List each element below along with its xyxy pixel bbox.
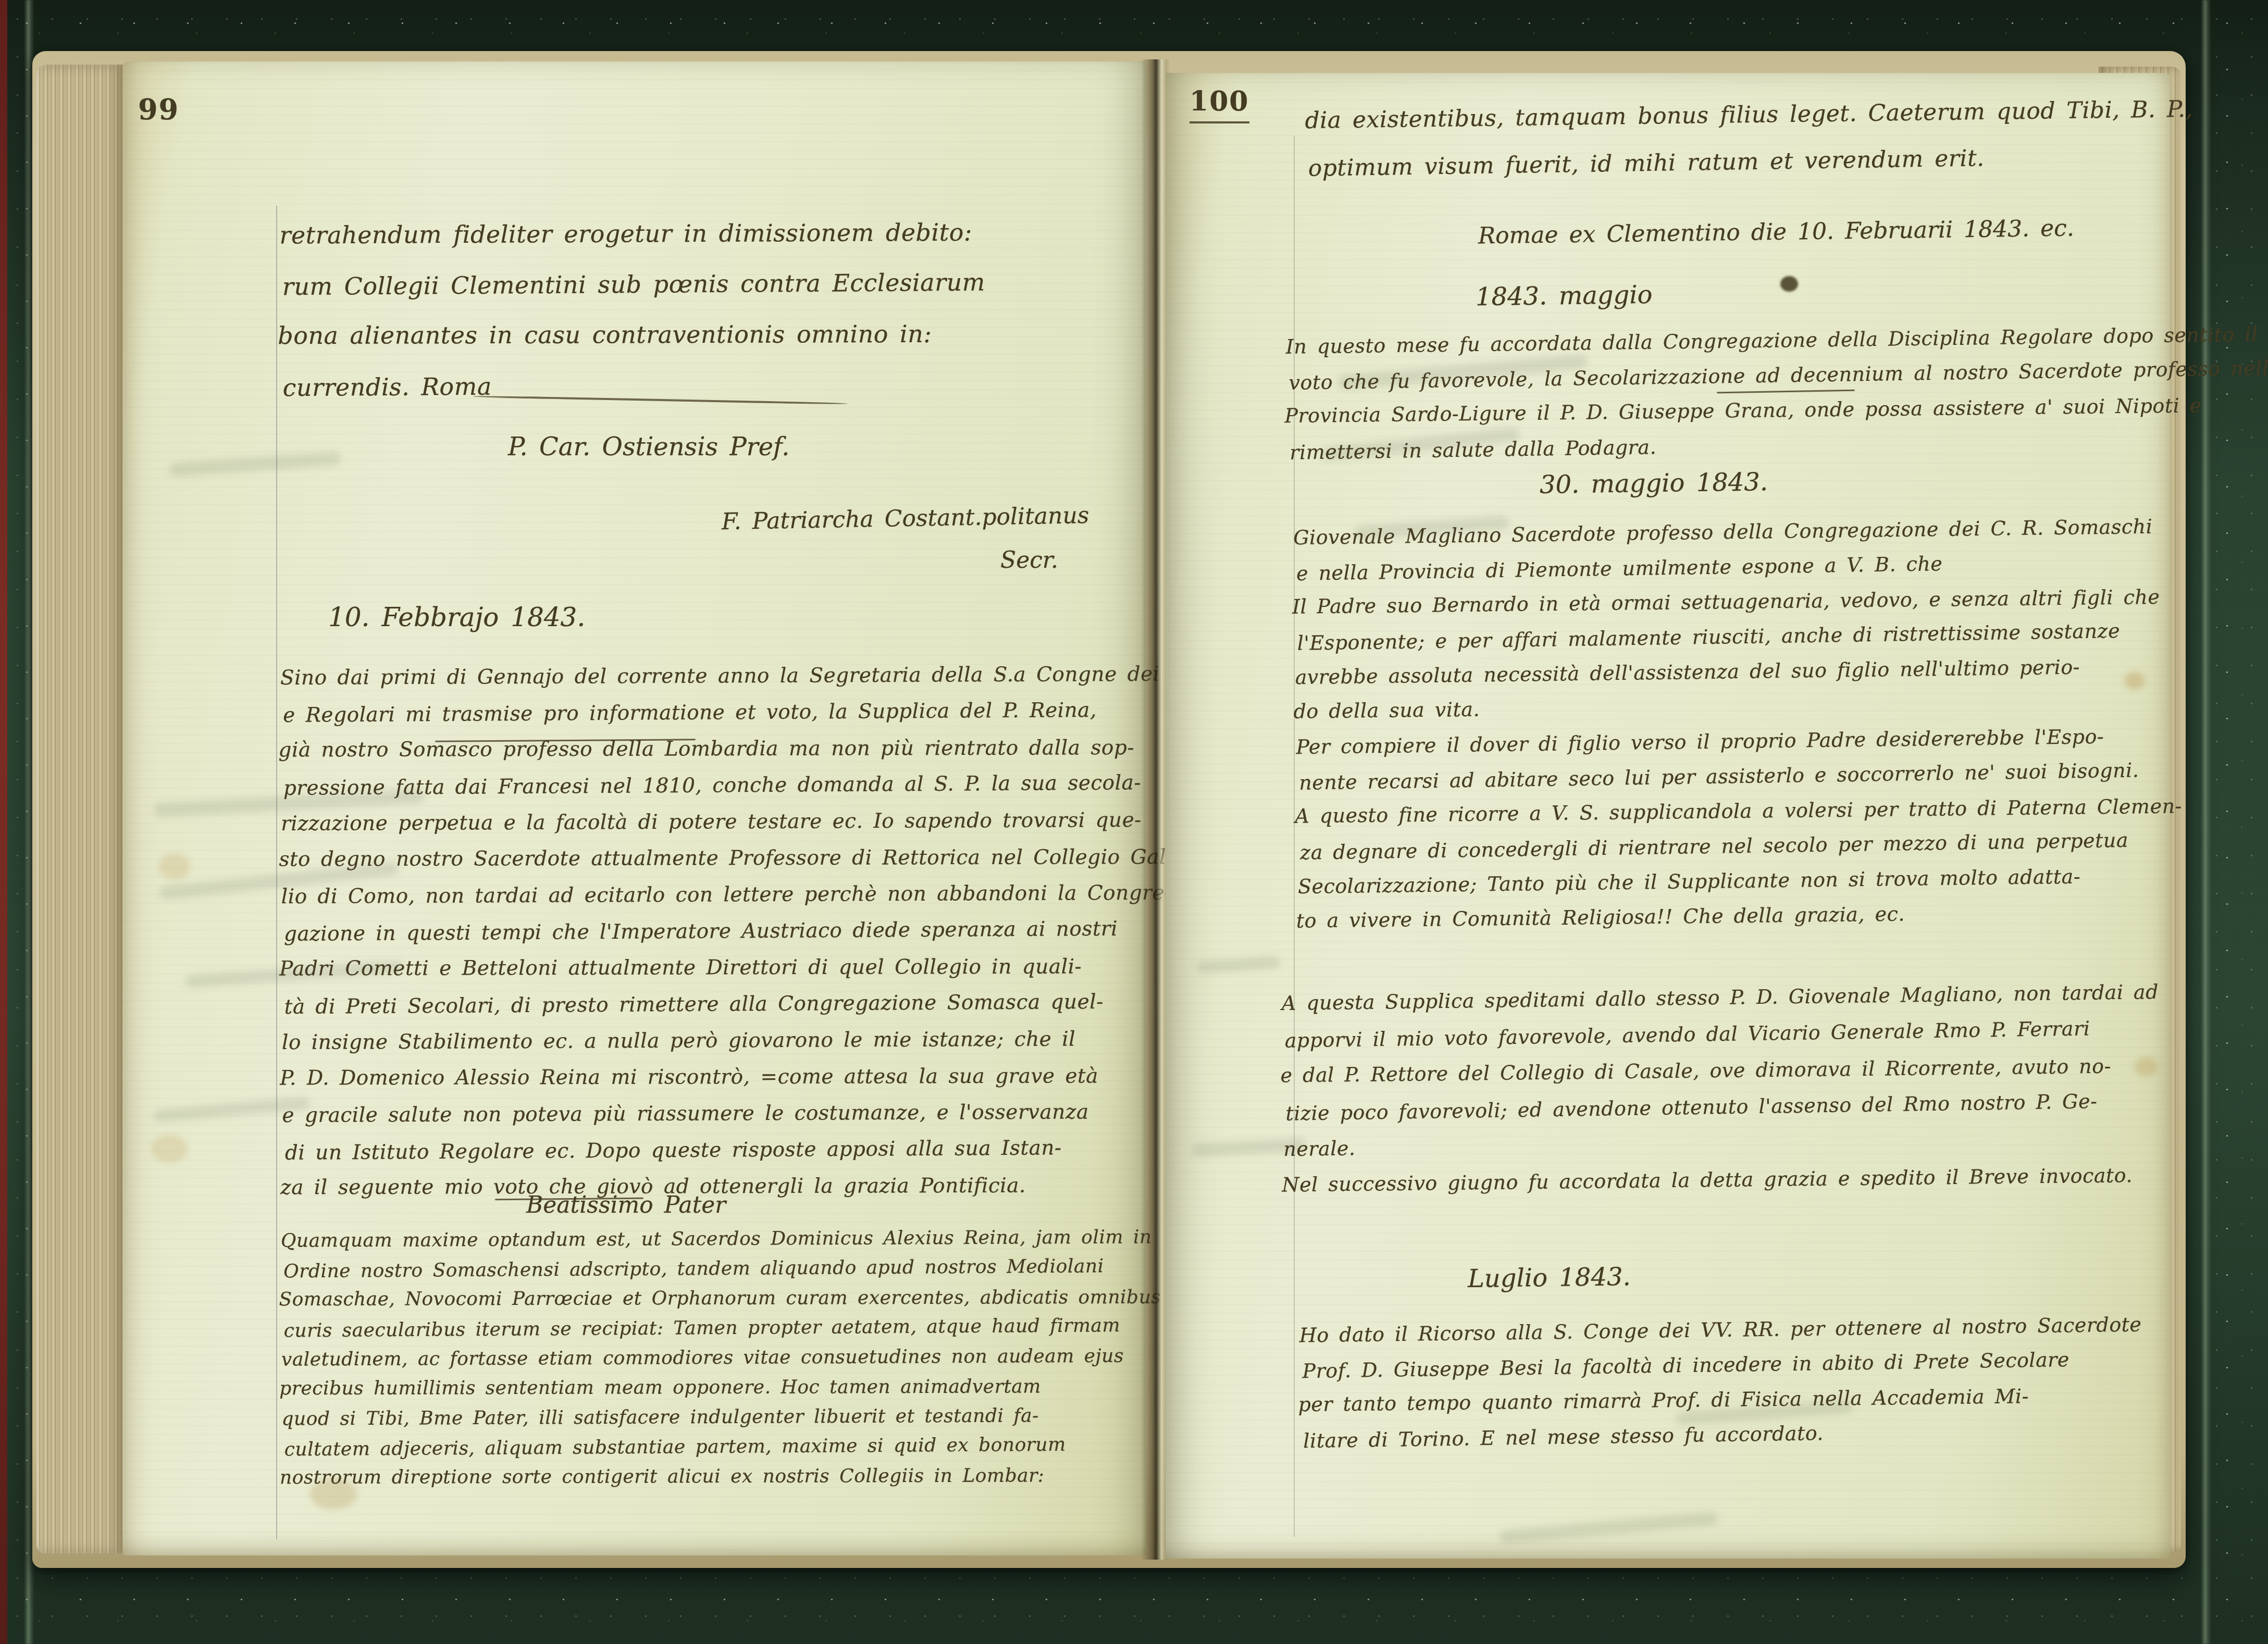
bleedthrough-line [1196,955,1280,974]
signature-prefect: P. Car. Ostiensis Pref. [508,432,789,462]
photograph-of-open-manuscript-book: 99 retrahendum fideliter erogetur in dim… [0,0,2268,1644]
manuscript-line: già nostro Somasco professo della Lombar… [278,730,1247,769]
manuscript-line: tà di Preti Secolari, di presto rimetter… [284,983,1253,1026]
manuscript-line: e Regolari mi trasmise pro informatione … [283,691,1251,734]
page-number-right: 100 [1189,85,1249,123]
maggio30-paragraph: Giovenale Magliano Sacerdote professo de… [1293,509,2186,939]
manuscript-line: Padri Cometti e Betteloni attualmente Di… [279,949,1248,988]
latin-conclusion-paragraph: retrahendum fideliter erogetur in dimiss… [279,206,1124,412]
manuscript-line: pressione fatta dai Francesi nel 1810, c… [283,764,1252,807]
manuscript-line: valetudinem, ac fortasse etiam commodior… [281,1341,1163,1374]
bleedthrough-line [1499,1512,1718,1545]
manuscript-line: lio di Como, non tardai ad ecitarlo con … [281,875,1250,915]
manuscript-line: sto degno nostro Sacerdote attualmente P… [279,839,1247,878]
margin-rule-line [276,206,277,1539]
manuscript-line: cultatem adjeceris, aliquam substantiae … [284,1429,1167,1465]
manuscript-line: gazione in questi tempi che l'Imperatore… [284,910,1253,953]
voto-heading: Beatissimo Pater [526,1192,726,1218]
manuscript-line: retrahendum fideliter erogetur in dimiss… [279,206,1123,260]
manuscript-line: P. D. Domenico Alessio Reina mi riscontr… [280,1058,1248,1097]
table-edge-red-strip [0,0,7,1644]
maggio-paragraph: In questo mese fu accordata dalla Congre… [1285,316,2268,469]
right-page: 100 dia existentibus, tamquam bonus fili… [1166,73,2170,1559]
entry-date-heading: 10. Febbrajo 1843. [328,602,585,632]
dateline-romae: Romae ex Clementino die 10. Februarii 18… [1478,215,2074,250]
manuscript-line: lo insigne Stabilimento ec. a nulla però… [282,1020,1250,1061]
luglio-heading: Luglio 1843. [1468,1262,1631,1293]
manuscript-line: nostrorum direptione sorte contigerit al… [280,1461,1162,1492]
manuscript-line: di un Istituto Regolare ec. Dopo queste … [285,1129,1254,1172]
page-edges-left [36,65,124,1553]
signature-secretary: F. Patriarcha Costant.politanus [722,502,1089,535]
entry-body-paragraph: Sino dai primi di Gennajo del corrente a… [280,656,1251,1207]
manuscript-line: e gracile salute non poteva più riassume… [282,1093,1250,1134]
manuscript-line: Sino dai primi di Gennajo del corrente a… [280,656,1249,696]
voto-continuation-paragraph: dia existentibus, tamquam bonus filius l… [1305,86,2194,191]
manuscript-line: currendis. Roma [282,357,1127,413]
manuscript-line: rum Collegii Clementini sub pœnis contra… [282,256,1126,312]
manuscript-line: curis saecularibus iterum se recipiat: T… [284,1311,1166,1346]
manuscript-line: quod si Tibi, Bme Pater, illi satisfacer… [281,1400,1163,1434]
maggio30-heading: 30. maggio 1843. [1540,467,1768,500]
manuscript-line: Somaschae, Novocomi Parrœciae et Orphano… [279,1282,1161,1314]
maggio-heading: 1843. maggio [1476,280,1653,312]
nota-paragraph: A questa Supplica speditami dallo stesso… [1281,974,2161,1204]
signature-secretary-title: Secr. [1000,547,1058,574]
glass-reflection-right [2201,0,2211,1644]
manuscript-line: precibus humillimis sententiam meam oppo… [279,1372,1161,1403]
bleedthrough-line [169,452,341,477]
paper-stain [151,1135,188,1163]
paper-stain [159,853,190,879]
manuscript-line: za il seguente mio voto che giovò ad ott… [280,1167,1249,1206]
manuscript-line: Quamquam maxime optandum est, ut Sacerdo… [281,1222,1163,1255]
manuscript-line: bona alienantes in casu contraventionis … [278,308,1122,361]
voto-latin-paragraph: Quamquam maxime optandum est, ut Sacerdo… [281,1222,1164,1493]
ink-blot [1780,276,1798,292]
left-page: 99 retrahendum fideliter erogetur in dim… [122,61,1146,1555]
manuscript-line: Ordine nostro Somaschensi adscripto, tan… [283,1251,1166,1287]
manuscript-line: rizzazione perpetua e la facoltà di pote… [281,802,1249,842]
page-number-left: 99 [138,93,179,126]
luglio-paragraph: Ho dato il Ricorso alla S. Conge dei VV.… [1299,1307,2143,1458]
manuscript-book: 99 retrahendum fideliter erogetur in dim… [32,51,2186,1568]
